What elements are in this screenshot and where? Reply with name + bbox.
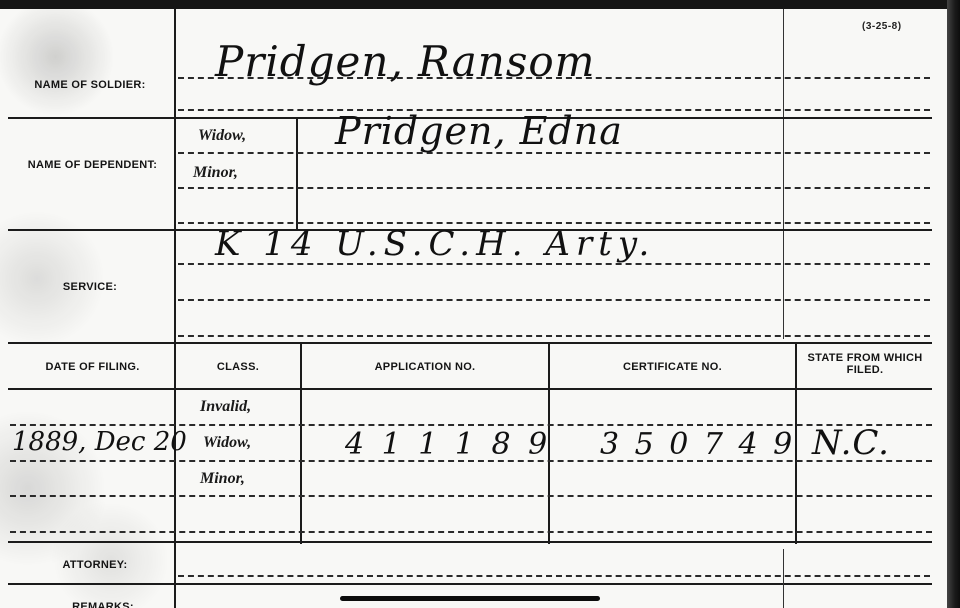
remarks-label: REMARKS: bbox=[48, 601, 158, 608]
header-state-from-which-filed: STATE FROM WHICH FILED. bbox=[800, 352, 930, 376]
service-row-bottom bbox=[8, 342, 932, 344]
right-column-guide bbox=[783, 9, 784, 339]
table-header-bottom bbox=[8, 388, 932, 390]
form-code: (3-25-8) bbox=[862, 21, 902, 32]
dependent-type-divider bbox=[296, 119, 298, 231]
dependent-type-minor: Minor, bbox=[193, 164, 238, 182]
top-dark-band bbox=[0, 0, 960, 9]
date-of-filing-value: 1889, Dec 20 bbox=[12, 427, 187, 457]
attorney-dotted-line bbox=[178, 575, 930, 577]
soldier-label: NAME OF SOLDIER: bbox=[30, 79, 150, 91]
service-dotted-line-2 bbox=[178, 299, 930, 301]
header-certificate-no: CERTIFICATE NO. bbox=[550, 361, 795, 373]
header-class: CLASS. bbox=[176, 361, 300, 373]
class-minor: Minor, bbox=[200, 470, 245, 488]
service-value: K 14 U.S.C.H. Arty. bbox=[215, 224, 655, 264]
certificate-no-value: 3 5 0 7 4 9 bbox=[600, 427, 795, 462]
header-application-no: APPLICATION NO. bbox=[302, 361, 548, 373]
left-column-divider bbox=[174, 9, 176, 608]
dependent-label: NAME OF DEPENDENT: bbox=[25, 159, 160, 171]
table-dotted-line-1 bbox=[10, 424, 932, 426]
dependent-name: Pridgen, Edna bbox=[335, 109, 623, 153]
state-value: N.C. bbox=[812, 423, 890, 463]
table-dotted-line-3 bbox=[10, 495, 932, 497]
table-divider-certificate bbox=[795, 344, 797, 544]
right-column-guide-lower bbox=[783, 549, 784, 608]
service-label: SERVICE: bbox=[40, 281, 140, 293]
dependent-type-widow: Widow, bbox=[198, 127, 246, 145]
table-divider-class bbox=[300, 344, 302, 544]
class-invalid: Invalid, bbox=[200, 398, 251, 416]
dependent-dotted-line-2 bbox=[178, 187, 930, 189]
class-widow: Widow, bbox=[203, 434, 251, 452]
service-dotted-line-3 bbox=[178, 335, 930, 337]
pension-index-card: (3-25-8) NAME OF SOLDIER: Pridgen, Ranso… bbox=[0, 9, 947, 608]
soldier-name: Pridgen, Ransom bbox=[215, 37, 596, 86]
home-indicator-bar[interactable] bbox=[340, 596, 600, 601]
table-bottom bbox=[8, 541, 932, 543]
right-dark-border bbox=[947, 0, 960, 608]
soldier-label-text: NAME OF SOLDIER: bbox=[34, 79, 145, 91]
table-dotted-line-4 bbox=[10, 531, 932, 533]
paper-grain bbox=[0, 9, 185, 608]
attorney-row-bottom bbox=[8, 583, 932, 585]
header-date-of-filing: DATE OF FILING. bbox=[10, 361, 175, 373]
dependent-label-text: NAME OF DEPENDENT: bbox=[28, 159, 157, 171]
application-no-value: 4 1 1 1 8 9 bbox=[345, 427, 551, 462]
attorney-label: ATTORNEY: bbox=[40, 559, 150, 571]
